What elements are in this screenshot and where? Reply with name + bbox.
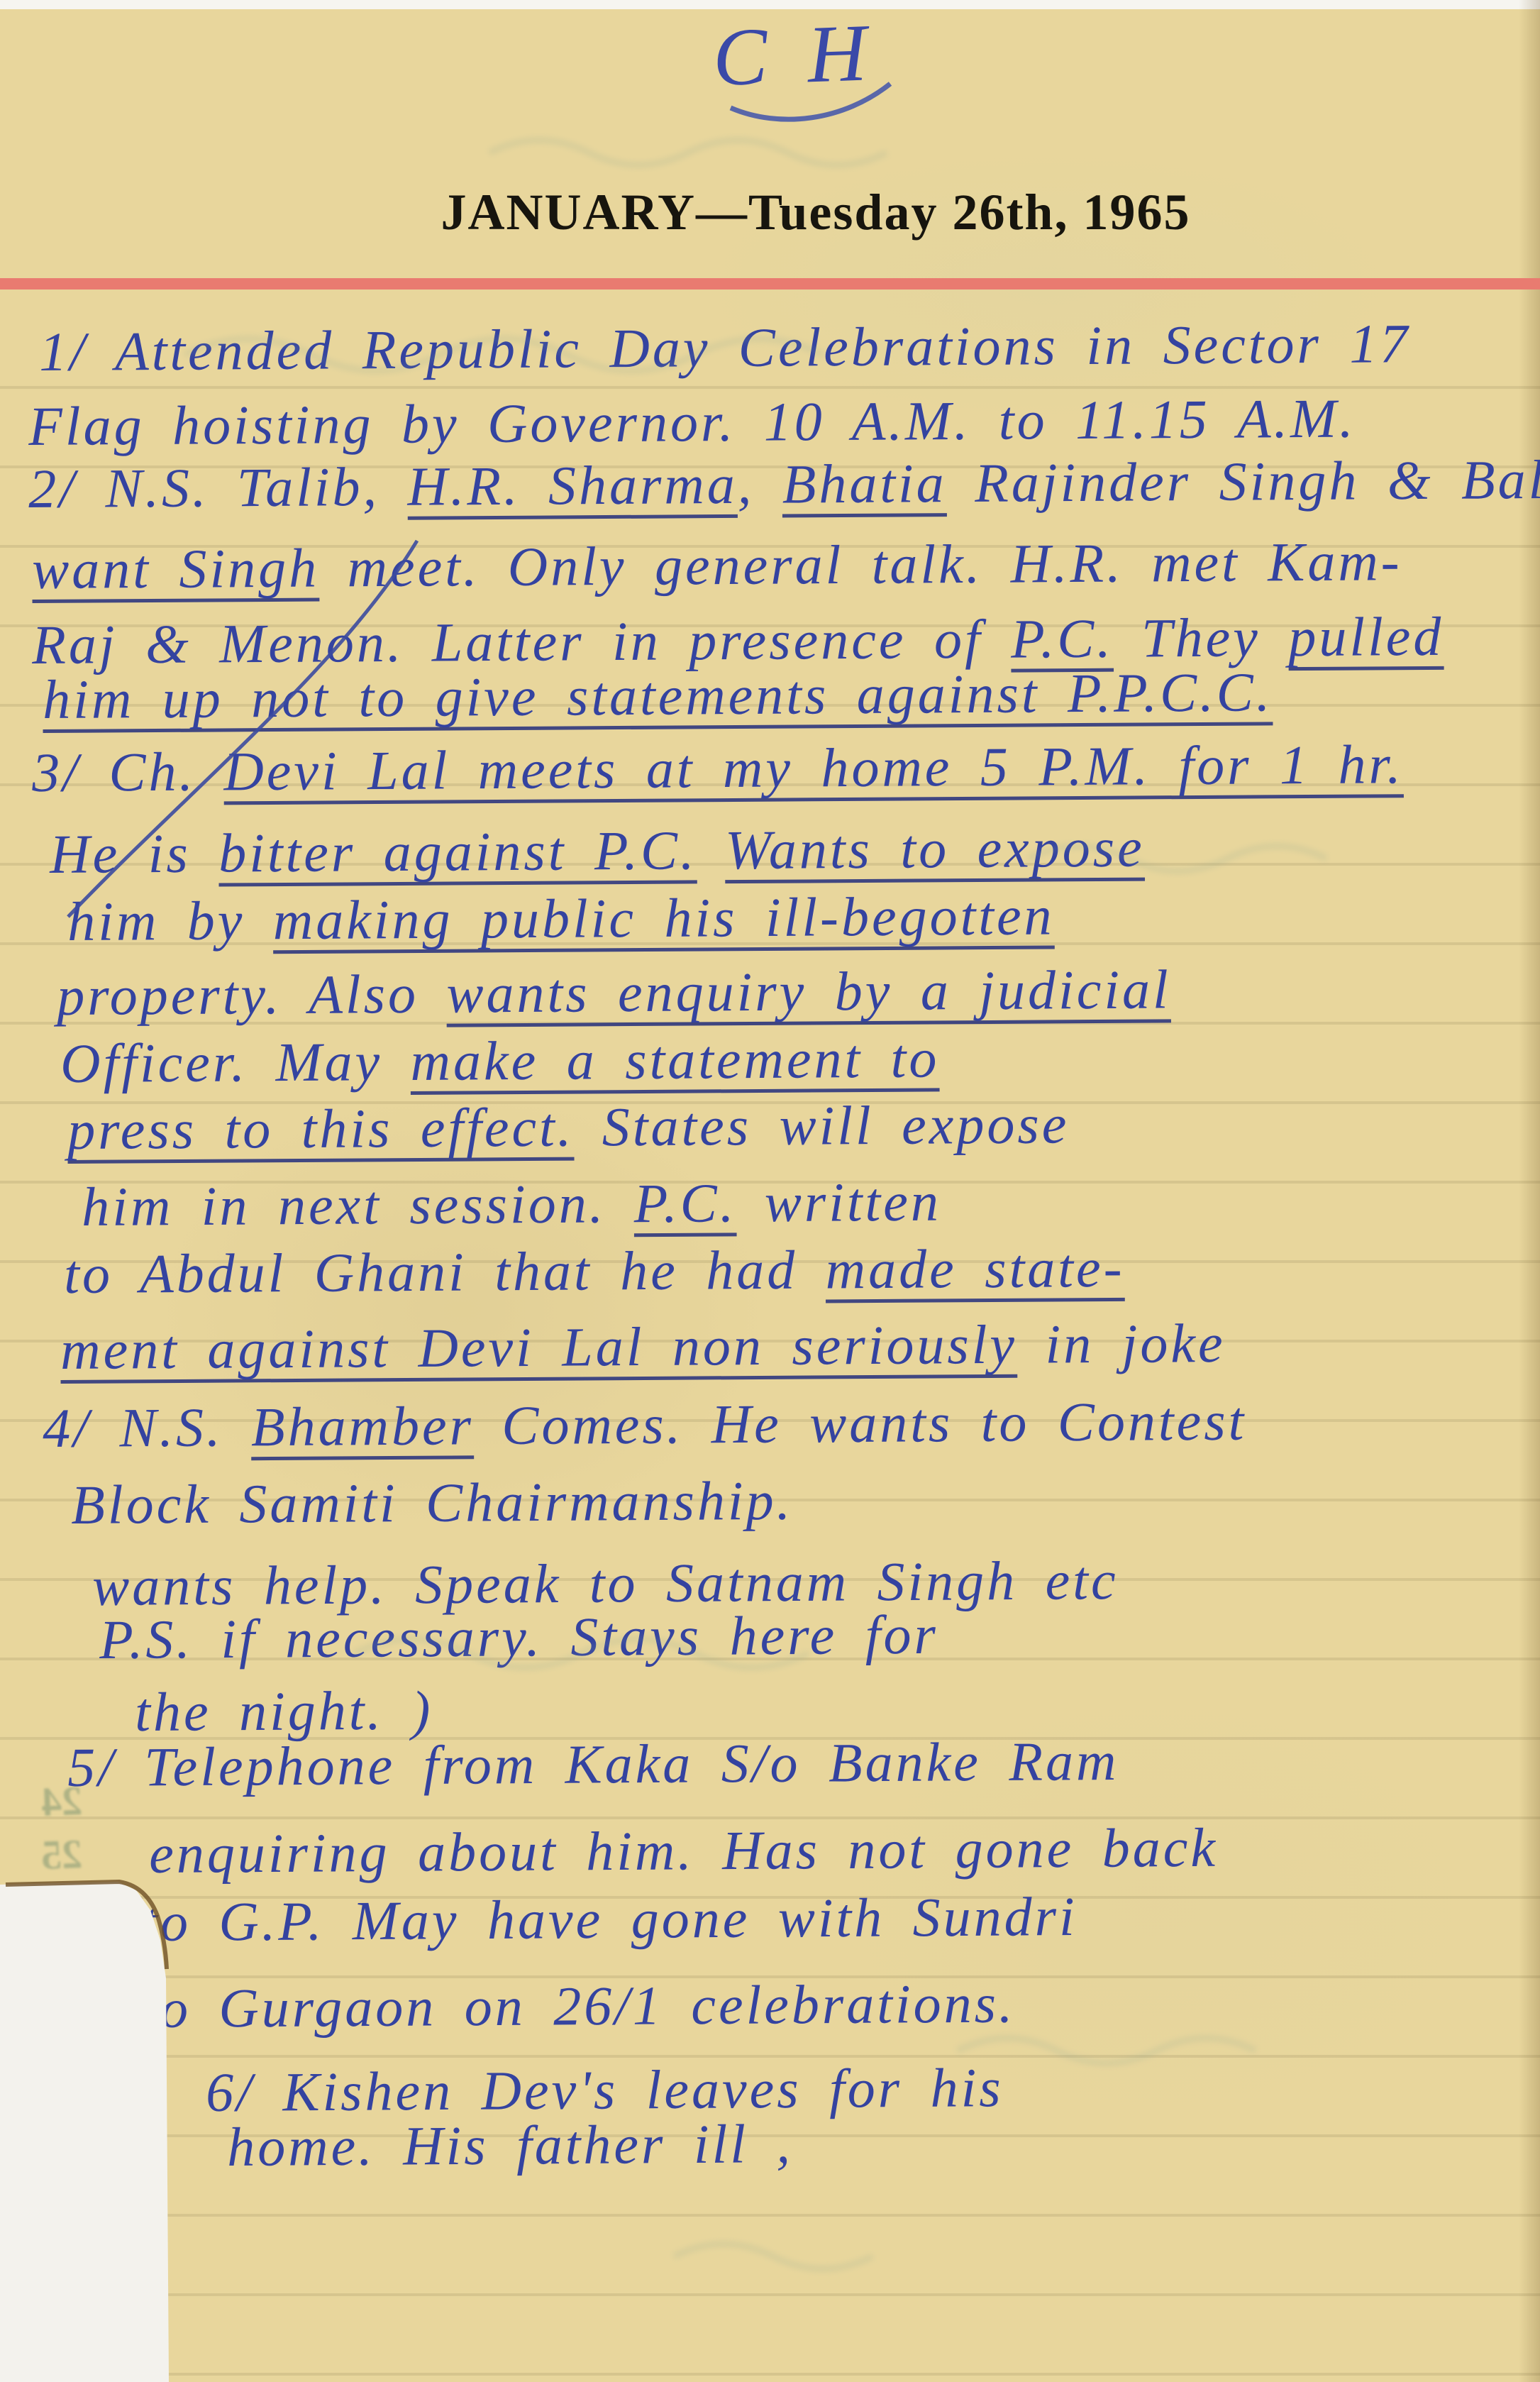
- underlined-phrase: Wants to expose: [725, 817, 1145, 881]
- handwritten-line: Flag hoisting by Governor. 10 A.M. to 11…: [28, 390, 1356, 456]
- underlined-phrase: Devi Lal meets at my home 5 P.M. for 1 h…: [223, 733, 1404, 802]
- page-edge-shadow: [1519, 0, 1540, 2382]
- handwritten-line: to Gurgaon on 26/1 celebrations.: [142, 1974, 1016, 2037]
- handwritten-line: the night. ): [135, 1681, 433, 1741]
- handwritten-line: P.S. if necessary. Stays here for: [99, 1606, 938, 1669]
- handwritten-line: 4/ N.S. Bhamber Comes. He wants to Conte…: [43, 1392, 1246, 1457]
- ghost-page-number: 24: [40, 1777, 83, 1826]
- handwritten-line: want Singh meet. Only general talk. H.R.…: [32, 532, 1402, 599]
- handwritten-line: Block Samiti Chairmanship.: [71, 1472, 793, 1534]
- underlined-phrase: make a statement to: [410, 1027, 939, 1092]
- underlined-phrase: H.R. Sharma: [407, 453, 738, 517]
- underlined-phrase: making public his ill-begotten: [273, 885, 1055, 952]
- underlined-phrase: Bhamber: [251, 1394, 474, 1457]
- diary-page-scan: C H JANUARY—Tuesday 26th, 1965 1/ Attend…: [0, 0, 1540, 2382]
- handwritten-line: He is bitter against P.C. Wants to expos…: [50, 819, 1145, 883]
- underlined-phrase: wants enquiry by a judicial: [446, 958, 1171, 1024]
- underlined-phrase: P.C.: [633, 1171, 736, 1234]
- underlined-phrase: him up not to give statements against P.…: [43, 661, 1273, 730]
- ghost-page-number: 25: [40, 1830, 83, 1879]
- monogram-handwritten: C H: [711, 6, 878, 105]
- handwritten-line: him in next session. P.C. written: [82, 1173, 941, 1236]
- handwritten-line: 5/ Telephone from Kaka S/o Banke Ram: [67, 1732, 1119, 1797]
- handwritten-line: 3/ Ch. Devi Lal meets at my home 5 P.M. …: [32, 735, 1404, 802]
- page-header-date: JANUARY—Tuesday 26th, 1965: [411, 183, 1220, 242]
- underlined-phrase: pulled: [1288, 605, 1444, 668]
- underlying-page-corner: [0, 1879, 170, 2382]
- handwritten-line: him by making public his ill-begotten: [67, 887, 1055, 951]
- handwritten-line: ment against Devi Lal non seriously in j…: [60, 1314, 1226, 1379]
- handwritten-line: press to this effect. States will expose: [67, 1095, 1070, 1159]
- handwritten-line: him up not to give statements against P.…: [43, 663, 1273, 728]
- handwritten-line: home. His father ill ,: [227, 2114, 793, 2176]
- handwritten-line: Officer. May make a statement to: [60, 1029, 940, 1092]
- underlined-phrase: want Singh: [32, 537, 319, 600]
- underlined-phrase: P.C.: [1011, 607, 1114, 670]
- scan-top-edge: [0, 0, 1540, 9]
- handwritten-line: to Abdul Ghani that he had made state-: [64, 1239, 1125, 1303]
- red-rule: [0, 278, 1540, 290]
- handwritten-line: to G.P. May have gone with Sundri: [142, 1887, 1078, 1951]
- underlined-phrase: made state-: [826, 1237, 1125, 1301]
- handwritten-line: enquiring about him. Has not gone back: [149, 1819, 1218, 1883]
- handwritten-line: 6/ Kishen Dev's leaves for his: [206, 2058, 1004, 2122]
- underlined-phrase: press to this effect.: [67, 1096, 575, 1161]
- underlined-phrase: bitter against P.C.: [218, 819, 697, 883]
- handwritten-line: property. Also wants enquiry by a judici…: [57, 960, 1171, 1025]
- handwritten-line: 2/ N.S. Talib, H.R. Sharma, Bhatia Rajin…: [28, 451, 1540, 518]
- underlined-phrase: Bhatia: [782, 452, 947, 514]
- handwritten-line: 1/ Attended Republic Day Celebrations in…: [39, 314, 1411, 381]
- underlined-phrase: ment against Devi Lal non seriously: [60, 1313, 1017, 1381]
